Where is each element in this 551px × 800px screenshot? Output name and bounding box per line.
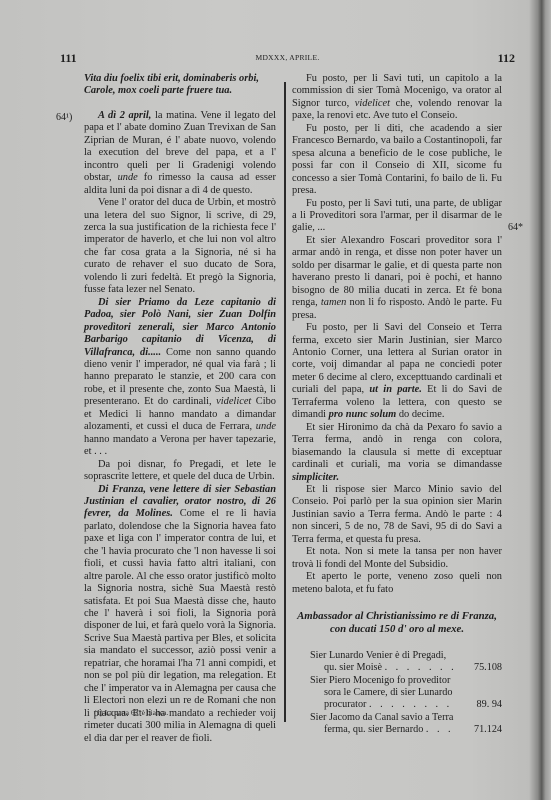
column-divider (284, 82, 286, 722)
ballot-entry: Sier Piero Mocenigo fo proveditor sora l… (310, 675, 502, 712)
scanned-page: 111 MDXXX, APRILE. 112 64¹) 64* Vita diu… (0, 0, 551, 800)
section-heading: Ambassador al Christianissimo re di Fran… (292, 610, 502, 636)
paragraph: Fu posto, per li diti, che acadendo a si… (292, 123, 502, 198)
paragraph: Fu posto, per li Savi tuti, un capitolo … (292, 73, 502, 123)
ballot-entry: Sier Lunardo Venier è di Pregadi, qu. si… (310, 650, 502, 675)
paragraph: Et aperto le porte, veneno zoso queli no… (292, 571, 502, 596)
running-title: MDXXX, APRILE. (60, 53, 515, 62)
paragraph: Et li rispose sier Marco Minio savio del… (292, 484, 502, 546)
paragraph: Et nota. Non si mete la tansa per non ha… (292, 546, 502, 571)
vote-count: 75.108 (474, 662, 502, 674)
paragraph: Fu posto, per li Savi del Conseio et Ter… (292, 322, 502, 422)
left-column: Vita diu foelix tibi erit, dominaberis o… (84, 73, 276, 745)
paragraph: Et sier Hironimo da chà da Pexaro fo sav… (292, 422, 502, 484)
verse-line: Carole, mox coeli parte fruere tua. (84, 85, 276, 97)
ballot-list: Sier Lunardo Venier è di Pregadi, qu. si… (292, 650, 502, 736)
paragraph: Vene l' orator del duca de Urbin, et mos… (84, 197, 276, 297)
footnote: (1) La carta 63' è bianca. (94, 708, 168, 717)
paragraph: Da poi disnar, fo Pregadi, et lete le so… (84, 459, 276, 484)
paragraph: A dì 2 april, la matina. Vene il legato … (84, 110, 276, 197)
right-column: Fu posto, per li Savi tuti, un capitolo … (292, 73, 502, 736)
page-header: 111 MDXXX, APRILE. 112 (60, 51, 515, 67)
verse: Vita diu foelix tibi erit, dominaberis o… (84, 73, 276, 98)
page-number-right: 112 (498, 51, 515, 66)
verse-line: Vita diu foelix tibi erit, dominaberis o… (84, 73, 276, 85)
paragraph: Di sier Priamo da Leze capitanio di Pado… (84, 297, 276, 459)
paragraph: Fu posto, per li Savi tuti, una parte, d… (292, 198, 502, 235)
paragraph: Et sier Alexandro Foscari proveditor sor… (292, 235, 502, 322)
vote-count: 71.124 (474, 724, 502, 736)
vote-count: 89. 94 (477, 699, 502, 711)
date-lead: A dì 2 april, (98, 110, 151, 121)
margin-note-right: 64* (508, 222, 523, 233)
ballot-entry: Sier Jacomo da Canal savio a Terra ferma… (310, 712, 502, 737)
paragraph: Di Franza, vene lettere di sier Sebastia… (84, 484, 276, 746)
margin-note-left: 64¹) (56, 112, 72, 123)
